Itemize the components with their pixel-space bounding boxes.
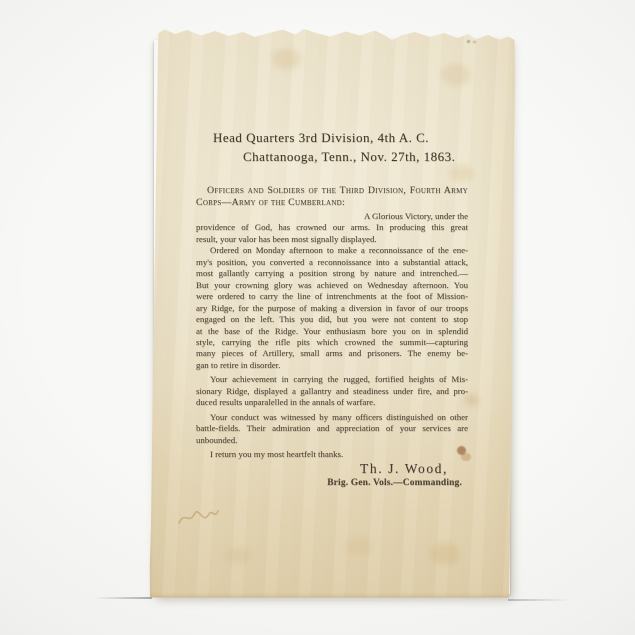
document-line: engaged on the left. This you did, but y… [196, 314, 468, 325]
photo-stage: Head Quarters 3rd Division, 4th A. C. Ch… [0, 0, 635, 635]
document-line: Your conduct was witnessed by many offic… [196, 412, 468, 423]
document-line: many pieces of Artillery, small arms and… [196, 348, 468, 359]
document-line: unbounded. [196, 435, 468, 446]
document-line: were ordered to carry the line of intren… [196, 291, 468, 302]
document-salutation: Officers and Soldiers of the Third Divis… [196, 185, 468, 209]
document-line: style, carrying the rifle pits which cro… [196, 337, 468, 348]
document-line: I return you my most heartfelt thanks. [196, 449, 468, 460]
surface-line-right [508, 599, 570, 601]
document-line: my's position, you converted a reconnois… [196, 257, 468, 268]
document-line: A Glorious Victory, under the [196, 211, 468, 222]
document-line: battle-fields. Their admiration and appr… [196, 423, 468, 434]
document-line: ary Ridge, for the purpose of making a d… [196, 303, 468, 314]
salutation-line-2: Corps—Army of the Cumberland: [196, 197, 468, 209]
signature-title: Brig. Gen. Vols.—Commanding. [196, 478, 462, 488]
document-line: most gallantly carrying a position stron… [196, 268, 468, 279]
document-line: gan to retire in disorder. [196, 360, 468, 371]
document-line: at the base of the Ridge. Your enthusias… [196, 326, 468, 337]
header-line-1: Head Quarters 3rd Division, 4th A. C. [196, 128, 468, 147]
document-line: But your crowning glory was achieved on … [196, 280, 468, 291]
document-body: A Glorious Victory, under theprovidence … [196, 211, 468, 461]
paragraph: A Glorious Victory, under theprovidence … [196, 211, 468, 245]
document-line: Your achievement in carrying the rugged,… [196, 374, 468, 385]
paragraph: I return you my most heartfelt thanks. [196, 449, 468, 460]
paragraph: Ordered on Monday afternoon to make a re… [196, 245, 468, 371]
paragraph: Your achievement in carrying the rugged,… [196, 374, 468, 408]
document-line: Ordered on Monday afternoon to make a re… [196, 245, 468, 256]
document-line: sionary Ridge, displayed a gallantry and… [196, 386, 468, 397]
surface-line-left [94, 597, 152, 599]
document-line: duced results unparalelled in the annals… [196, 397, 468, 408]
signature-name: Th. J. Wood, [196, 461, 448, 477]
header-line-2: Chattanooga, Tenn., Nov. 27th, 1863. [196, 147, 468, 166]
document-line: result, your valor has been most signall… [196, 234, 468, 245]
salutation-line-1: Officers and Soldiers of the Third Divis… [196, 185, 468, 197]
document-header: Head Quarters 3rd Division, 4th A. C. Ch… [196, 128, 468, 166]
paragraph: Your conduct was witnessed by many offic… [196, 412, 468, 446]
document-line: providence of God, has crowned our arms.… [196, 222, 468, 233]
document-paper: Head Quarters 3rd Division, 4th A. C. Ch… [149, 27, 515, 598]
